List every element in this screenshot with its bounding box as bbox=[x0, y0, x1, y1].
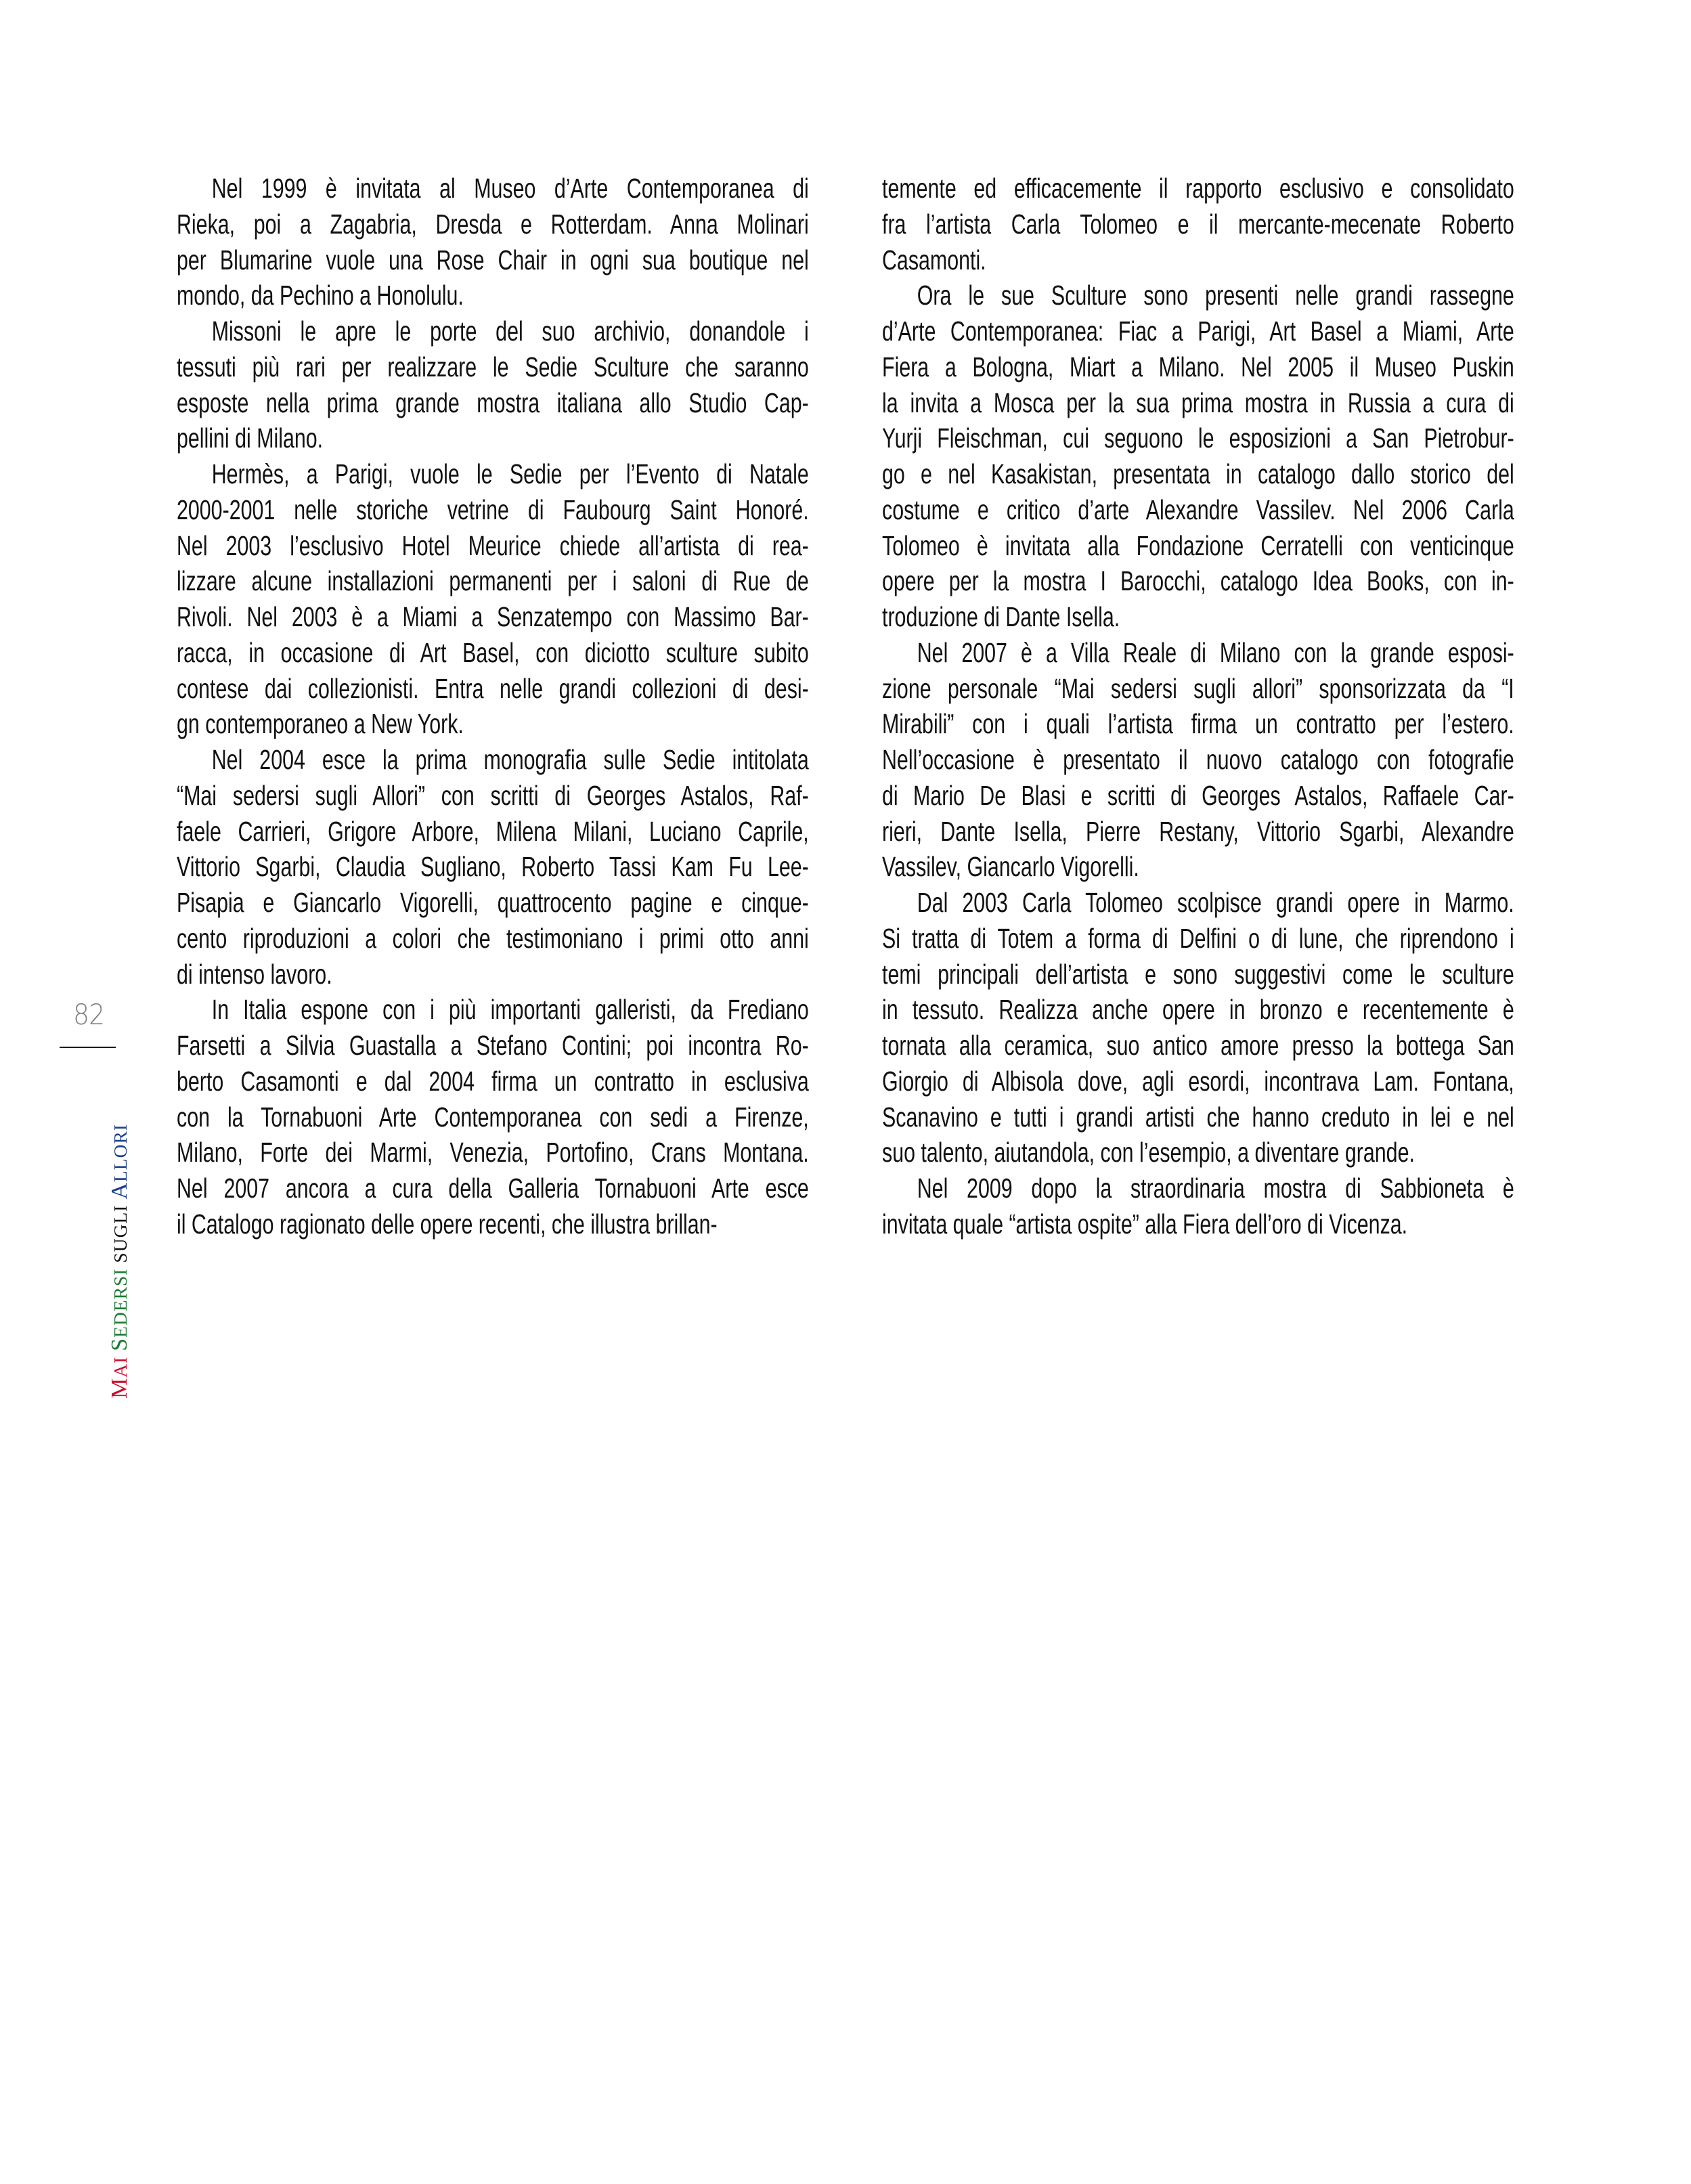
text-line: Milano, Forte dei Marmi, Venezia, Portof… bbox=[177, 1135, 809, 1171]
text-line-content: Scanavino e tutti i grandi artisti che h… bbox=[882, 1099, 1514, 1135]
text-line-content: Casamonti. bbox=[882, 242, 1514, 278]
text-line: contese dai collezionisti. Entra nelle g… bbox=[177, 671, 809, 707]
text-line-content: esposte nella prima grande mostra italia… bbox=[177, 385, 809, 421]
text-line: tornata alla ceramica, suo antico amore … bbox=[882, 1028, 1514, 1064]
text-line-content: opere per la mostra I Barocchi, catalogo… bbox=[882, 563, 1514, 599]
text-line: zione personale “Mai sedersi sugli allor… bbox=[882, 671, 1514, 707]
text-line: Ora le sue Sculture sono presenti nelle … bbox=[882, 278, 1514, 313]
text-line: in tessuto. Realizza anche opere in bron… bbox=[882, 992, 1514, 1028]
text-line: mondo, da Pechino a Honolulu. bbox=[177, 278, 809, 313]
running-title-word-allori: ALLORI bbox=[108, 1124, 131, 1200]
text-line: Nel 1999 è invitata al Museo d’Arte Cont… bbox=[177, 171, 809, 206]
text-line-content: Dal 2003 Carla Tolomeo scolpisce grandi … bbox=[882, 885, 1514, 921]
text-line-content: Nel 2007 ancora a cura della Galleria To… bbox=[177, 1171, 809, 1206]
text-line-content: racca, in occasione di Art Basel, con di… bbox=[177, 635, 809, 671]
text-line-content: faele Carrieri, Grigore Arbore, Milena M… bbox=[177, 814, 809, 850]
text-line: con la Tornabuoni Arte Contemporanea con… bbox=[177, 1099, 809, 1135]
text-line: Rieka, poi a Zagabria, Dresda e Rotterda… bbox=[177, 206, 809, 242]
text-line: Rivoli. Nel 2003 è a Miami a Senzatempo … bbox=[177, 599, 809, 635]
text-line-content: Milano, Forte dei Marmi, Venezia, Portof… bbox=[177, 1135, 809, 1171]
text-line-content: Hermès, a Parigi, vuole le Sedie per l’E… bbox=[177, 456, 809, 492]
text-line-content: Nell’occasione è presentato il nuovo cat… bbox=[882, 742, 1514, 778]
text-line-content: Nel 1999 è invitata al Museo d’Arte Cont… bbox=[177, 171, 809, 206]
text-line-content: Rieka, poi a Zagabria, Dresda e Rotterda… bbox=[177, 206, 809, 242]
text-line: In Italia espone con i più importanti ga… bbox=[177, 992, 809, 1028]
text-line: Nel 2009 dopo la straordinaria mostra di… bbox=[882, 1171, 1514, 1206]
text-line-content: tessuti più rari per realizzare le Sedie… bbox=[177, 349, 809, 385]
running-title-word-sedersi: SEDERSI bbox=[108, 1269, 131, 1351]
text-line-content: con la Tornabuoni Arte Contemporanea con… bbox=[177, 1099, 809, 1135]
text-line-content: di intenso lavoro. bbox=[177, 957, 809, 992]
text-line-content: lizzare alcune installazioni permanenti … bbox=[177, 563, 809, 599]
text-line-content: troduzione di Dante Isella. bbox=[882, 599, 1514, 635]
text-line-content: Nel 2003 l’esclusivo Hotel Meurice chied… bbox=[177, 528, 809, 564]
text-line: Mirabili” con i quali l’artista firma un… bbox=[882, 706, 1514, 742]
text-line-content: d’Arte Contemporanea: Fiac a Parigi, Art… bbox=[882, 313, 1514, 349]
text-line: Nel 2007 è a Villa Reale di Milano con l… bbox=[882, 635, 1514, 671]
text-line: Si tratta di Totem a forma di Delfini o … bbox=[882, 921, 1514, 957]
text-column-left: Nel 1999 è invitata al Museo d’Arte Cont… bbox=[177, 171, 809, 1242]
text-line-content: “Mai sedersi sugli Allori” con scritti d… bbox=[177, 778, 809, 814]
text-line-content: tornata alla ceramica, suo antico amore … bbox=[882, 1028, 1514, 1064]
text-line-content: fra l’artista Carla Tolomeo e il mercant… bbox=[882, 206, 1514, 242]
text-line-content: invitata quale “artista ospite” alla Fie… bbox=[882, 1206, 1514, 1242]
text-line: Nel 2004 esce la prima monografia sulle … bbox=[177, 742, 809, 778]
text-line: faele Carrieri, Grigore Arbore, Milena M… bbox=[177, 814, 809, 850]
text-line: 2000-2001 nelle storiche vetrine di Faub… bbox=[177, 492, 809, 528]
text-line: Vittorio Sgarbi, Claudia Sugliano, Rober… bbox=[177, 849, 809, 885]
text-line: Nel 2003 l’esclusivo Hotel Meurice chied… bbox=[177, 528, 809, 564]
text-line: la invita a Mosca per la sua prima mostr… bbox=[882, 385, 1514, 421]
text-line: fra l’artista Carla Tolomeo e il mercant… bbox=[882, 206, 1514, 242]
text-line-content: Pisapia e Giancarlo Vigorelli, quattroce… bbox=[177, 885, 809, 921]
text-line-content: Si tratta di Totem a forma di Delfini o … bbox=[882, 921, 1514, 957]
text-line: racca, in occasione di Art Basel, con di… bbox=[177, 635, 809, 671]
text-line: Hermès, a Parigi, vuole le Sedie per l’E… bbox=[177, 456, 809, 492]
text-line: costume e critico d’arte Alexandre Vassi… bbox=[882, 492, 1514, 528]
text-line-content: 2000-2001 nelle storiche vetrine di Faub… bbox=[177, 492, 809, 528]
text-line: rieri, Dante Isella, Pierre Restany, Vit… bbox=[882, 814, 1514, 850]
text-line-content: zione personale “Mai sedersi sugli allor… bbox=[882, 671, 1514, 707]
text-line-content: Rivoli. Nel 2003 è a Miami a Senzatempo … bbox=[177, 599, 809, 635]
text-line: per Blumarine vuole una Rose Chair in og… bbox=[177, 242, 809, 278]
text-line-content: go e nel Kasakistan, presentata in catal… bbox=[882, 456, 1514, 492]
text-line-content: Nel 2007 è a Villa Reale di Milano con l… bbox=[882, 635, 1514, 671]
text-line: d’Arte Contemporanea: Fiac a Parigi, Art… bbox=[882, 313, 1514, 349]
text-line-content: il Catalogo ragionato delle opere recent… bbox=[177, 1206, 809, 1242]
text-line: tessuti più rari per realizzare le Sedie… bbox=[177, 349, 809, 385]
text-line-content: la invita a Mosca per la sua prima mostr… bbox=[882, 385, 1514, 421]
text-line-content: rieri, Dante Isella, Pierre Restany, Vit… bbox=[882, 814, 1514, 850]
text-line: Dal 2003 Carla Tolomeo scolpisce grandi … bbox=[882, 885, 1514, 921]
text-line: Tolomeo è invitata alla Fondazione Cerra… bbox=[882, 528, 1514, 564]
text-line-content: In Italia espone con i più importanti ga… bbox=[177, 992, 809, 1028]
text-line: “Mai sedersi sugli Allori” con scritti d… bbox=[177, 778, 809, 814]
running-title-word-sugli: SUGLI bbox=[111, 1205, 130, 1263]
text-line: Farsetti a Silvia Guastalla a Stefano Co… bbox=[177, 1028, 809, 1064]
page-number-rule bbox=[60, 1047, 116, 1048]
running-title-word-mai: MAI bbox=[108, 1357, 131, 1399]
text-line: di intenso lavoro. bbox=[177, 957, 809, 992]
text-line-content: Ora le sue Sculture sono presenti nelle … bbox=[882, 278, 1514, 313]
page-number: 82 bbox=[73, 998, 104, 1031]
text-line: Pisapia e Giancarlo Vigorelli, quattroce… bbox=[177, 885, 809, 921]
text-line-content: Tolomeo è invitata alla Fondazione Cerra… bbox=[882, 528, 1514, 564]
text-line-content: Vassilev, Giancarlo Vigorelli. bbox=[882, 849, 1514, 885]
text-line: Vassilev, Giancarlo Vigorelli. bbox=[882, 849, 1514, 885]
text-line-content: in tessuto. Realizza anche opere in bron… bbox=[882, 992, 1514, 1028]
text-line-content: temente ed efficacemente il rapporto esc… bbox=[882, 171, 1514, 206]
text-line-content: costume e critico d’arte Alexandre Vassi… bbox=[882, 492, 1514, 528]
text-line-content: contese dai collezionisti. Entra nelle g… bbox=[177, 671, 809, 707]
text-line-content: Vittorio Sgarbi, Claudia Sugliano, Rober… bbox=[177, 849, 809, 885]
text-column-right: temente ed efficacemente il rapporto esc… bbox=[882, 171, 1514, 1242]
text-line-content: pellini di Milano. bbox=[177, 420, 809, 456]
text-line: Giorgio di Albisola dove, agli esordi, i… bbox=[882, 1064, 1514, 1099]
text-line: invitata quale “artista ospite” alla Fie… bbox=[882, 1206, 1514, 1242]
text-line-content: Nel 2004 esce la prima monografia sulle … bbox=[177, 742, 809, 778]
text-line-content: gn contemporaneo a New York. bbox=[177, 706, 809, 742]
text-line: Nel 2007 ancora a cura della Galleria To… bbox=[177, 1171, 809, 1206]
text-line: cento riproduzioni a colori che testimon… bbox=[177, 921, 809, 957]
text-line: go e nel Kasakistan, presentata in catal… bbox=[882, 456, 1514, 492]
text-line-content: Giorgio di Albisola dove, agli esordi, i… bbox=[882, 1064, 1514, 1099]
text-line-content: Mirabili” con i quali l’artista firma un… bbox=[882, 706, 1514, 742]
text-line: Fiera a Bologna, Miart a Milano. Nel 200… bbox=[882, 349, 1514, 385]
text-line: Casamonti. bbox=[882, 242, 1514, 278]
text-line: Scanavino e tutti i grandi artisti che h… bbox=[882, 1099, 1514, 1135]
text-line-content: Farsetti a Silvia Guastalla a Stefano Co… bbox=[177, 1028, 809, 1064]
text-line-content: di Mario De Blasi e scritti di Georges A… bbox=[882, 778, 1514, 814]
text-line-content: Nel 2009 dopo la straordinaria mostra di… bbox=[882, 1171, 1514, 1206]
text-line-content: Missoni le apre le porte del suo archivi… bbox=[177, 313, 809, 349]
text-line: temente ed efficacemente il rapporto esc… bbox=[882, 171, 1514, 206]
text-line: lizzare alcune installazioni permanenti … bbox=[177, 563, 809, 599]
text-line-content: Yurji Fleischman, cui seguono le esposiz… bbox=[882, 420, 1514, 456]
text-line-content: suo talento, aiutandola, con l’esempio, … bbox=[882, 1135, 1514, 1171]
text-line: di Mario De Blasi e scritti di Georges A… bbox=[882, 778, 1514, 814]
text-line: opere per la mostra I Barocchi, catalogo… bbox=[882, 563, 1514, 599]
text-line: troduzione di Dante Isella. bbox=[882, 599, 1514, 635]
running-title: MAISEDERSISUGLIALLORI bbox=[108, 1124, 131, 1399]
text-line-content: cento riproduzioni a colori che testimon… bbox=[177, 921, 809, 957]
text-line-content: mondo, da Pechino a Honolulu. bbox=[177, 278, 809, 313]
text-line: Nell’occasione è presentato il nuovo cat… bbox=[882, 742, 1514, 778]
text-line: Yurji Fleischman, cui seguono le esposiz… bbox=[882, 420, 1514, 456]
text-line: pellini di Milano. bbox=[177, 420, 809, 456]
text-line: gn contemporaneo a New York. bbox=[177, 706, 809, 742]
text-line: Missoni le apre le porte del suo archivi… bbox=[177, 313, 809, 349]
text-line-content: berto Casamonti e dal 2004 firma un cont… bbox=[177, 1064, 809, 1099]
text-line: temi principali dell’artista e sono sugg… bbox=[882, 957, 1514, 992]
text-line-content: per Blumarine vuole una Rose Chair in og… bbox=[177, 242, 809, 278]
text-line-content: Fiera a Bologna, Miart a Milano. Nel 200… bbox=[882, 349, 1514, 385]
text-line-content: temi principali dell’artista e sono sugg… bbox=[882, 957, 1514, 992]
text-line: esposte nella prima grande mostra italia… bbox=[177, 385, 809, 421]
text-line: berto Casamonti e dal 2004 firma un cont… bbox=[177, 1064, 809, 1099]
text-line: il Catalogo ragionato delle opere recent… bbox=[177, 1206, 809, 1242]
text-line: suo talento, aiutandola, con l’esempio, … bbox=[882, 1135, 1514, 1171]
